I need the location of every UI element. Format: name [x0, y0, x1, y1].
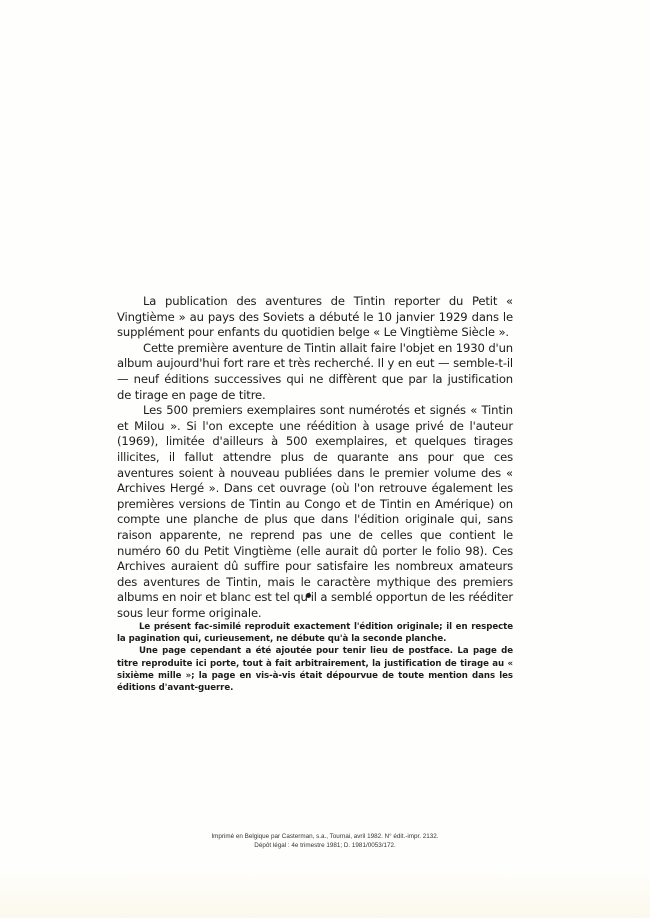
colophon-legal-deposit-line: Dépôt légal : 4e trimestre 1981; D. 1981…: [150, 841, 500, 850]
colophon-printer-line: Imprimé en Belgique par Casterman, s.a.,…: [150, 832, 500, 841]
paper-edge-tint: [0, 870, 650, 918]
section-divider-dot: [306, 593, 311, 598]
paragraph-publication-history: La publication des aventures de Tintin r…: [117, 294, 513, 341]
printer-colophon: Imprimé en Belgique par Casterman, s.a.,…: [150, 832, 500, 850]
editorial-note-block: Le présent fac-similé reproduit exacteme…: [117, 621, 513, 694]
main-text-block: La publication des aventures de Tintin r…: [117, 294, 513, 621]
note-paragraph-postface: Une page cependant a été ajoutée pour te…: [117, 645, 513, 694]
paragraph-first-album: Cette première aventure de Tintin allait…: [117, 341, 513, 403]
note-paragraph-facsimile: Le présent fac-similé reproduit exacteme…: [117, 621, 513, 645]
paragraph-numbered-copies: Les 500 premiers exemplaires sont numéro…: [117, 403, 513, 621]
